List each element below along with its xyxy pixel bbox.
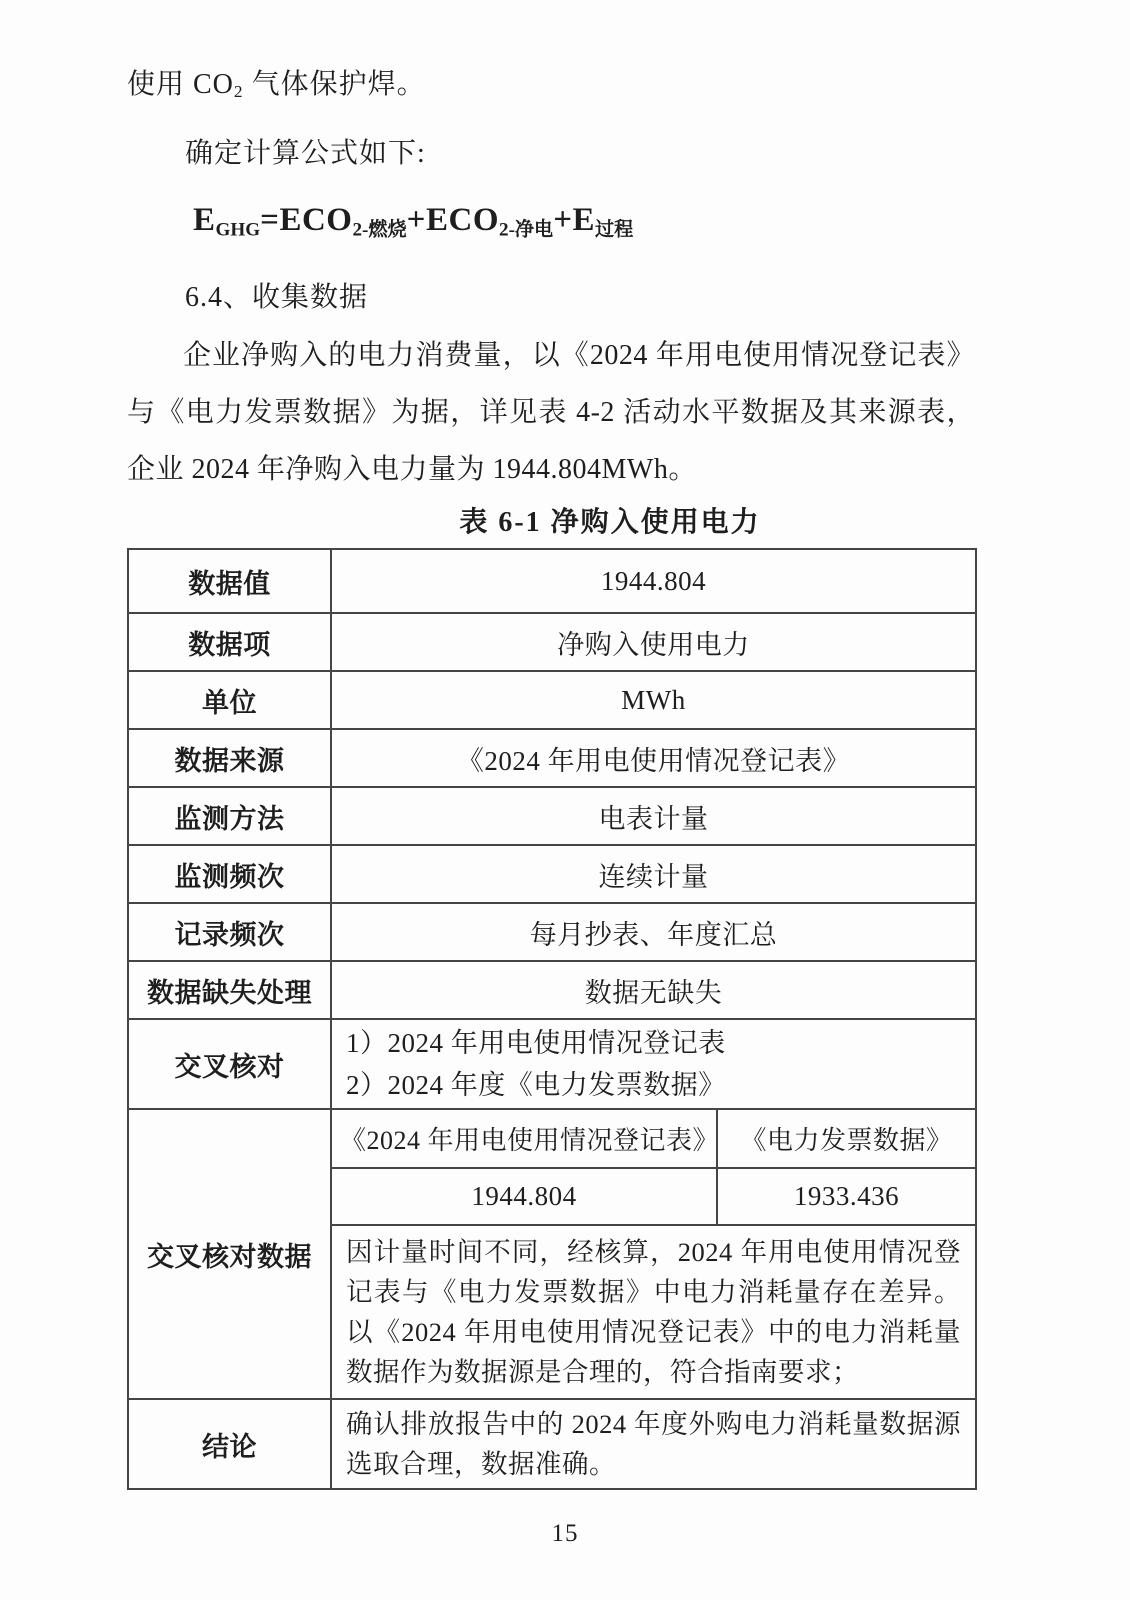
section-heading: 6.4、收集数据 — [127, 283, 975, 313]
cross-check-row: 交叉核对 1）2024 年用电使用情况登记表 2）2024 年度《电力发票数据》 — [128, 1019, 976, 1109]
formula-term-e-process: +E — [553, 202, 595, 238]
formula-term-eco2-1: =ECO — [260, 202, 352, 238]
row-label: 数据缺失处理 — [128, 961, 331, 1019]
co2-subscript: 2 — [234, 82, 244, 101]
formula-term-eco2-2: +ECO — [407, 202, 499, 238]
formula-sub-net-power: 2-净电 — [499, 219, 553, 240]
conclusion-text: 确认排放报告中的 2024 年度外购电力消耗量数据源选取合理，数据准确。 — [331, 1399, 976, 1489]
formula-sub-process: 过程 — [595, 219, 633, 240]
row-label: 监测频次 — [128, 845, 331, 903]
row-value: 《2024 年用电使用情况登记表》 — [331, 729, 976, 787]
formula-sub-combustion: 2-燃烧 — [352, 219, 406, 240]
formula-sub-ghg: GHG — [216, 219, 261, 240]
formula-term-eghg: E — [193, 202, 216, 238]
table-row: 监测频次 连续计量 — [128, 845, 976, 903]
table-row: 数据项 净购入使用电力 — [128, 613, 976, 671]
row-value: 每月抄表、年度汇总 — [331, 903, 976, 961]
conclusion-row: 结论 确认排放报告中的 2024 年度外购电力消耗量数据源选取合理，数据准确。 — [128, 1399, 976, 1489]
nested-col2-header: 《电力发票数据》 — [717, 1109, 976, 1168]
row-label: 数据来源 — [128, 729, 331, 787]
nested-col2-value: 1933.436 — [717, 1168, 976, 1225]
paragraph-line-2: 与《电力发票数据》为据，详见表 4-2 活动水平数据及其来源表， — [127, 384, 975, 441]
cross-check-items: 1）2024 年用电使用情况登记表 2）2024 年度《电力发票数据》 — [331, 1019, 976, 1109]
ghg-formula: EGHG=ECO2-燃烧+ECO2-净电+E过程 — [127, 199, 975, 251]
intro-line-1: 使用 CO2 气体保护焊。 — [127, 70, 975, 107]
table-row: 单位 MWh — [128, 671, 976, 729]
row-value: 净购入使用电力 — [331, 613, 976, 671]
row-value: 1944.804 — [331, 549, 976, 613]
nested-col1-value: 1944.804 — [331, 1168, 717, 1225]
paragraph-line-1: 企业净购入的电力消费量，以《2024 年用电使用情况登记表》 — [127, 327, 975, 384]
page-number: 15 — [0, 1520, 1130, 1548]
row-label: 记录频次 — [128, 903, 331, 961]
row-value: 数据无缺失 — [331, 961, 976, 1019]
document-page: 使用 CO2 气体保护焊。 确定计算公式如下: EGHG=ECO2-燃烧+ECO… — [0, 0, 1130, 1600]
row-label: 数据值 — [128, 549, 331, 613]
row-label: 交叉核对数据 — [128, 1109, 331, 1399]
cross-check-item-2: 2）2024 年度《电力发票数据》 — [346, 1064, 967, 1106]
row-value: 电表计量 — [331, 787, 976, 845]
cross-check-item-1: 1）2024 年用电使用情况登记表 — [346, 1022, 967, 1064]
body-paragraph: 企业净购入的电力消费量，以《2024 年用电使用情况登记表》 与《电力发票数据》… — [127, 327, 975, 498]
row-label: 交叉核对 — [128, 1019, 331, 1109]
table-row: 数据值 1944.804 — [128, 549, 976, 613]
row-value: 连续计量 — [331, 845, 976, 903]
row-label: 结论 — [128, 1399, 331, 1489]
table-row: 数据来源 《2024 年用电使用情况登记表》 — [128, 729, 976, 787]
page-content: 使用 CO2 气体保护焊。 确定计算公式如下: EGHG=ECO2-燃烧+ECO… — [127, 70, 975, 1490]
net-purchased-electricity-table: 数据值 1944.804 数据项 净购入使用电力 单位 MWh 数据来源 《20… — [127, 548, 977, 1490]
cross-check-data-header-row: 交叉核对数据 《2024 年用电使用情况登记表》 《电力发票数据》 — [128, 1109, 976, 1168]
intro-line-2: 确定计算公式如下: — [127, 139, 975, 169]
paragraph-line-3: 企业 2024 年净购入电力量为 1944.804MWh。 — [127, 441, 975, 498]
nested-col1-header: 《2024 年用电使用情况登记表》 — [331, 1109, 717, 1168]
intro-line-1-tail: 气体保护焊。 — [244, 69, 426, 100]
intro-line-1-text: 使用 CO — [127, 69, 234, 100]
table-row: 记录频次 每月抄表、年度汇总 — [128, 903, 976, 961]
cross-check-note: 因计量时间不同，经核算，2024 年用电使用情况登记表与《电力发票数据》中电力消… — [331, 1225, 976, 1399]
row-label: 监测方法 — [128, 787, 331, 845]
row-label: 数据项 — [128, 613, 331, 671]
row-label: 单位 — [128, 671, 331, 729]
table-row: 监测方法 电表计量 — [128, 787, 976, 845]
table-title: 表 6-1 净购入使用电力 — [127, 508, 975, 538]
table-row: 数据缺失处理 数据无缺失 — [128, 961, 976, 1019]
row-value: MWh — [331, 671, 976, 729]
